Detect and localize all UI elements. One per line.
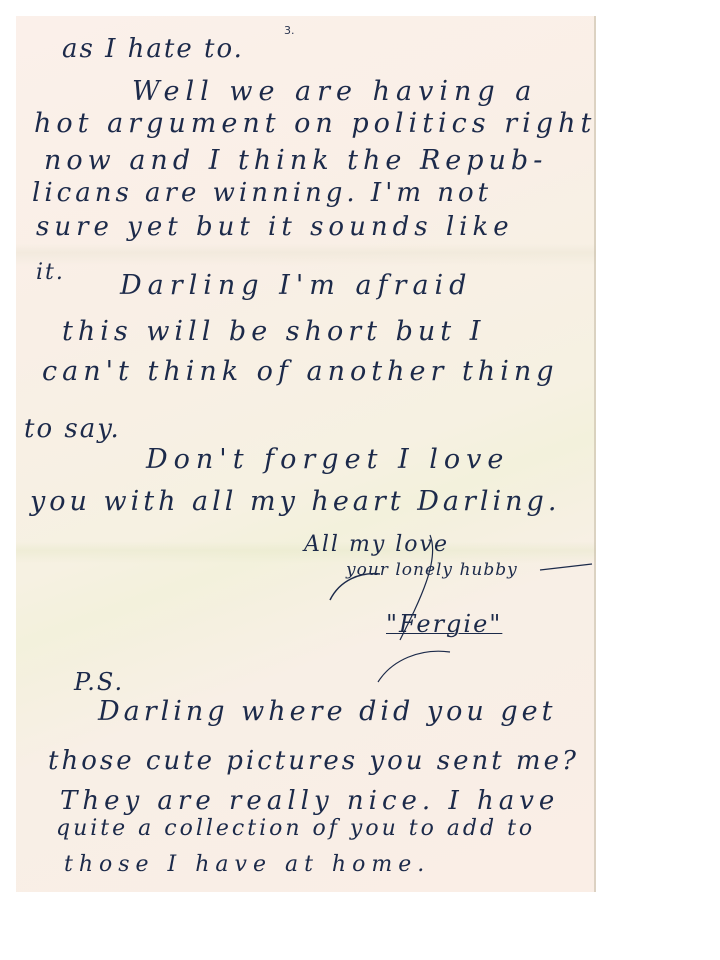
letter-line: as I hate to. — [62, 36, 244, 62]
letter-line: licans are winning. I'm not — [32, 180, 492, 206]
signature: "Fergie" — [386, 612, 502, 636]
letter-line: Don't forget I love — [146, 446, 509, 473]
postscript-label: P.S. — [74, 670, 124, 694]
postscript-line: quite a collection of you to add to — [56, 818, 535, 840]
letter-line: hot argument on politics right — [34, 110, 596, 137]
page-number: 3. — [284, 24, 295, 37]
letter-line: to say. — [24, 416, 121, 442]
closing-line: your lonely hubby — [346, 562, 518, 579]
postscript-line: those cute pictures you sent me? — [48, 748, 579, 774]
closing-line: All my love — [304, 534, 449, 556]
letter-line: you with all my heart Darling. — [30, 488, 560, 515]
letter-line: Well we are having a — [132, 78, 537, 105]
letter-line: sure yet but it sounds like — [36, 214, 514, 240]
letter-line: it. — [36, 262, 65, 284]
letter-line: Darling I'm afraid — [120, 272, 472, 299]
postscript-line: Darling where did you get — [98, 698, 557, 725]
letter-line: this will be short but I — [62, 318, 485, 345]
letter-line: now and I think the Repub- — [44, 147, 547, 174]
postscript-line: They are really nice. I have — [60, 788, 559, 814]
postscript-line: those I have at home. — [64, 854, 430, 876]
letter-line: can't think of another thing — [42, 358, 559, 385]
